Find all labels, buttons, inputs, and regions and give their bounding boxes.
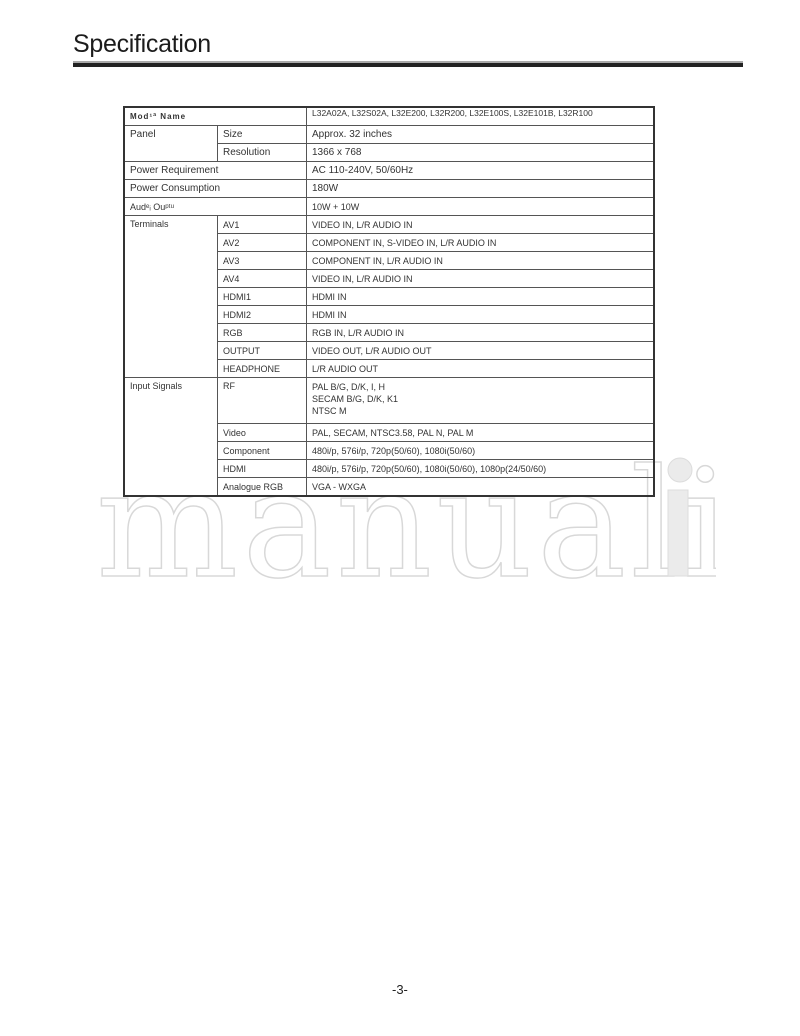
terminal-value: VIDEO IN, L/R AUDIO IN <box>307 270 655 288</box>
terminal-name: RGB <box>218 324 307 342</box>
signal-value: PAL, SECAM, NTSC3.58, PAL N, PAL M <box>307 424 655 442</box>
page-title: Specification <box>73 30 211 59</box>
terminal-value: HDMI IN <box>307 306 655 324</box>
model-name-label: Mod¹ª Name <box>124 107 307 126</box>
table-row: Terminals AV1 VIDEO IN, L/R AUDIO IN <box>124 216 654 234</box>
power-requirement-label: Power Requirement <box>124 162 307 180</box>
table-row-panel-size: Panel Size Approx. 32 inches <box>124 126 654 144</box>
terminal-value: COMPONENT IN, S-VIDEO IN, L/R AUDIO IN <box>307 234 655 252</box>
table-row-audio-output: Audᵉᵢ Ouᵖᵗᵘ 10W + 10W <box>124 198 654 216</box>
terminal-name: AV3 <box>218 252 307 270</box>
page-number: -3- <box>392 982 408 997</box>
rf-value: PAL B/G, D/K, I, H SECAM B/G, D/K, K1 NT… <box>307 378 655 424</box>
terminal-value: RGB IN, L/R AUDIO IN <box>307 324 655 342</box>
signal-value: 480i/p, 576i/p, 720p(50/60), 1080i(50/60… <box>307 460 655 478</box>
panel-resolution-label: Resolution <box>218 144 307 162</box>
specification-table: Mod¹ª Name L32A02A, L32S02A, L32E200, L3… <box>123 106 655 497</box>
terminal-name: HDMI1 <box>218 288 307 306</box>
power-consumption-label: Power Consumption <box>124 180 307 198</box>
terminal-name: HEADPHONE <box>218 360 307 378</box>
terminal-name: OUTPUT <box>218 342 307 360</box>
terminal-value: HDMI IN <box>307 288 655 306</box>
terminal-value: VIDEO OUT, L/R AUDIO OUT <box>307 342 655 360</box>
signal-name: Analogue RGB <box>218 478 307 497</box>
signal-name: RF <box>218 378 307 424</box>
terminal-name: AV4 <box>218 270 307 288</box>
signal-value: VGA - WXGA <box>307 478 655 497</box>
terminals-label: Terminals <box>124 216 218 378</box>
signal-value: 480i/p, 576i/p, 720p(50/60), 1080i(50/60… <box>307 442 655 460</box>
terminal-value: COMPONENT IN, L/R AUDIO IN <box>307 252 655 270</box>
terminal-value: VIDEO IN, L/R AUDIO IN <box>307 216 655 234</box>
terminal-name: AV2 <box>218 234 307 252</box>
audio-output-value: 10W + 10W <box>307 198 655 216</box>
signal-name: Component <box>218 442 307 460</box>
terminal-name: AV1 <box>218 216 307 234</box>
signal-name: Video <box>218 424 307 442</box>
signal-name: HDMI <box>218 460 307 478</box>
model-name-value: L32A02A, L32S02A, L32E200, L32R200, L32E… <box>307 107 655 126</box>
power-consumption-value: 180W <box>307 180 655 198</box>
input-signals-label: Input Signals <box>124 378 218 497</box>
title-rule-dark <box>73 63 743 67</box>
rf-line: SECAM B/G, D/K, K1 <box>312 393 648 405</box>
rf-line: PAL B/G, D/K, I, H <box>312 381 648 393</box>
watermark-dot-icon <box>668 458 692 482</box>
audio-output-label: Audᵉᵢ Ouᵖᵗᵘ <box>124 198 307 216</box>
terminal-value: L/R AUDIO OUT <box>307 360 655 378</box>
panel-size-value: Approx. 32 inches <box>307 126 655 144</box>
panel-resolution-value: 1366 x 768 <box>307 144 655 162</box>
power-requirement-value: AC 110-240V, 50/60Hz <box>307 162 655 180</box>
table-row-rf: Input Signals RF PAL B/G, D/K, I, H SECA… <box>124 378 654 424</box>
panel-size-label: Size <box>218 126 307 144</box>
table-row-power-requirement: Power Requirement AC 110-240V, 50/60Hz <box>124 162 654 180</box>
terminal-name: HDMI2 <box>218 306 307 324</box>
panel-label: Panel <box>124 126 218 162</box>
table-row-model-name: Mod¹ª Name L32A02A, L32S02A, L32E200, L3… <box>124 107 654 126</box>
rf-line: NTSC M <box>312 405 648 417</box>
table-row-power-consumption: Power Consumption 180W <box>124 180 654 198</box>
